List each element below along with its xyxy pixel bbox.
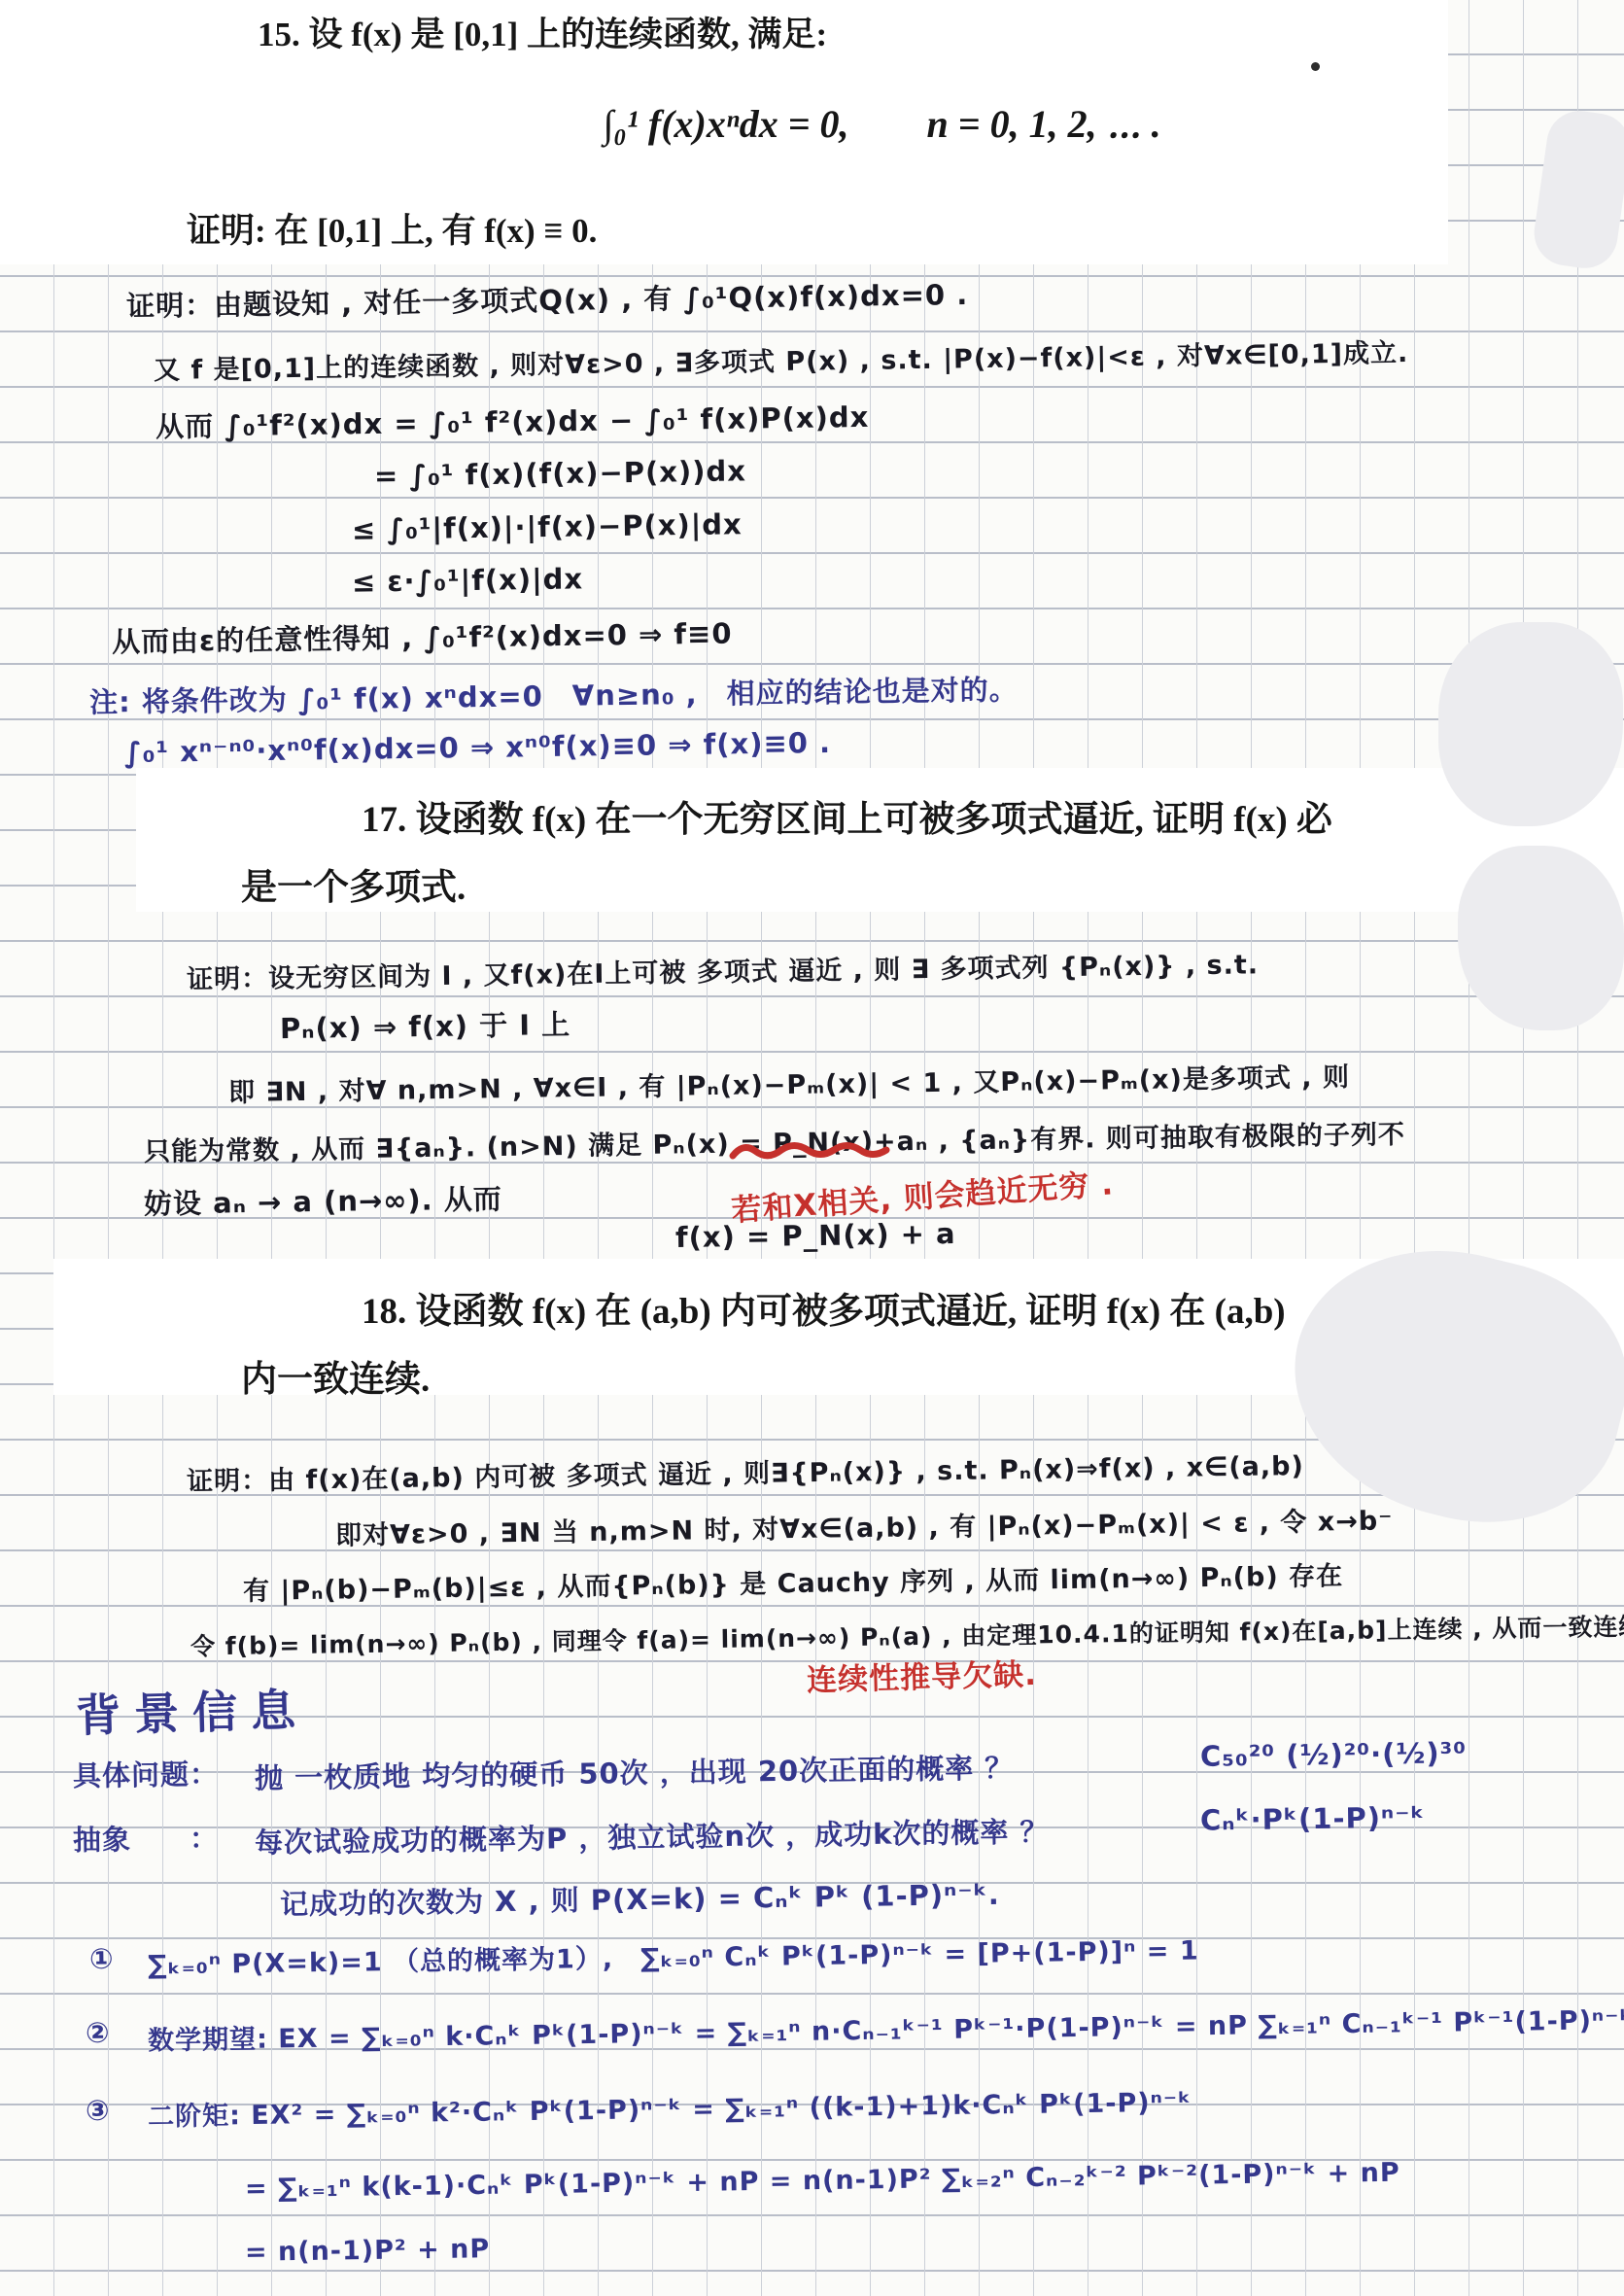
p18-proof-line-2: 即对∀ε>0 , ∃N 当 n,m>N 时, 对∀x∈(a,b) , 有 |Pₙ…	[335, 1499, 1394, 1551]
p15-note-line-2: ∫₀¹ xⁿ⁻ⁿ⁰·xⁿ⁰f(x)dx=0 ⇒ xⁿ⁰f(x)≡0 ⇒ f(x)…	[124, 726, 831, 769]
red-wavy-underline	[729, 1139, 914, 1165]
bg-q2-text: 每次试验成功的概率为P ，独立试验n次 ，成功k次的概率 ？	[255, 1810, 1050, 1861]
bg-item5-text: = n(n-1)P² + nP	[245, 2234, 491, 2268]
p15-proof-line-2: 又 f 是[0,1]上的连续函数 , 则对∀ε>0 , ∃多项式 P(x) , …	[154, 331, 1409, 387]
bg-item2-text: 数学期望: EX = ∑ₖ₌₀ⁿ k·Cₙᵏ Pᵏ(1-P)ⁿ⁻ᵏ = ∑ₖ₌₁…	[148, 1998, 1624, 2058]
problem15-formula: ∫₀¹ f(x)xⁿdx = 0, n = 0, 1, 2, ⋯ .	[603, 93, 1161, 149]
p17-proof-line-1: 证明：设无穷区间为 I , 又f(x)在I上可被 多项式 逼近 , 则 ∃ 多项…	[187, 943, 1260, 995]
bg-item2-marker: ②	[86, 2016, 111, 2049]
p15-proof-line-1: 证明：由题设知 , 对任一多项式Q(x) , 有 ∫₀¹Q(x)f(x)dx=0…	[126, 273, 969, 325]
bg-item3-marker: ③	[86, 2094, 111, 2127]
bg-item4-text: = ∑ₖ₌₁ⁿ k(k-1)·Cₙᵏ Pᵏ(1-P)ⁿ⁻ᵏ + nP = n(n…	[245, 2158, 1400, 2205]
p17-proof-line-5: 妨设 aₙ → a (n→∞). 从而	[144, 1177, 502, 1222]
bg-def-line: 记成功的次数为 X , 则 P(X=k) = Cₙᵏ Pᵏ (1-P)ⁿ⁻ᵏ.	[280, 1873, 1000, 1923]
p15-note-line-1: 注: 将条件改为 ∫₀¹ f(x) xⁿdx=0 ∀n≥n₀ , 相应的结论也是…	[89, 668, 1019, 720]
p15-proof-line-4: = ∫₀¹ f(x)(f(x)−P(x))dx	[374, 454, 746, 492]
p18-proof-line-3: 有 |Pₙ(b)−Pₘ(b)|≤ε , 从而{Pₙ(b)} 是 Cauchy 序…	[243, 1554, 1344, 1608]
bg-q2-label: 抽象 ：	[73, 1817, 220, 1859]
p17-proof-line-2: Pₙ(x) ⇒ f(x) 于 I 上	[280, 1003, 571, 1047]
problem17-title-line1: 17. 设函数 f(x) 在一个无穷区间上可被多项式逼近, 证明 f(x) 必	[362, 789, 1332, 842]
problem17-title-line2: 是一个多项式.	[241, 857, 466, 910]
bg-item1-text: ∑ₖ₌₀ⁿ P(X=k)=1 （总的概率为1）, ∑ₖ₌₀ⁿ Cₙᵏ Pᵏ(1-…	[148, 1929, 1199, 1981]
p18-proof-line-1: 证明：由 f(x)在(a,b) 内可被 多项式 逼近 , 则∃{Pₙ(x)} ,…	[187, 1444, 1304, 1498]
problem15-title: 15. 设 f(x) 是 [0,1] 上的连续函数, 满足:	[258, 8, 827, 56]
bg-q1-text: 抛 一枚质地 均匀的硬币 50次 ，出现 20次正面的概率 ？	[255, 1747, 1015, 1797]
p17-proof-line-3: 即 ∃N , 对∀ n,m>N , ∀x∈I , 有 |Pₙ(x)−Pₘ(x)|…	[228, 1056, 1350, 1109]
problem18-title-line2: 内一致连续.	[241, 1349, 430, 1402]
scan-dot-artifact	[1311, 62, 1320, 71]
p15-proof-line-7: 从而由ε的任意性得知 , ∫₀¹f²(x)dx=0 ⇒ f≡0	[112, 612, 733, 661]
watermark-blob-right-upper	[1438, 622, 1623, 826]
problem18-title-line1: 18. 设函数 f(x) 在 (a,b) 内可被多项式逼近, 证明 f(x) 在…	[362, 1281, 1286, 1334]
watermark-blob-top-right	[1530, 107, 1624, 272]
bg-item1-marker: ①	[89, 1942, 115, 1975]
background-heading: 背景信息	[75, 1675, 310, 1745]
bg-item3-text: 二阶矩: EX² = ∑ₖ₌₀ⁿ k²·Cₙᵏ Pᵏ(1-P)ⁿ⁻ᵏ = ∑ₖ₌…	[148, 2081, 1192, 2134]
watermark-blob-right-mid	[1458, 846, 1624, 1030]
p15-proof-line-3: 从而 ∫₀¹f²(x)dx = ∫₀¹ f²(x)dx − ∫₀¹ f(x)P(…	[155, 396, 870, 445]
problem15-task: 证明: 在 [0,1] 上, 有 f(x) ≡ 0.	[187, 204, 597, 253]
bg-q1-formula: C₅₀²⁰ (½)²⁰·(½)³⁰	[1200, 1736, 1468, 1773]
bg-q1-label: 具体问题：	[73, 1753, 220, 1794]
p15-proof-line-5: ≤ ∫₀¹|f(x)|·|f(x)−P(x)|dx	[352, 507, 743, 546]
p18-red-annotation: 连续性推导欠缺.	[806, 1650, 1037, 1699]
notebook-page: 15. 设 f(x) 是 [0,1] 上的连续函数, 满足: ∫₀¹ f(x)x…	[0, 0, 1624, 2296]
bg-q2-formula: Cₙᵏ·Pᵏ(1-P)ⁿ⁻ᵏ	[1200, 1800, 1426, 1836]
p15-proof-line-6: ≤ ε·∫₀¹|f(x)|dx	[352, 562, 584, 598]
